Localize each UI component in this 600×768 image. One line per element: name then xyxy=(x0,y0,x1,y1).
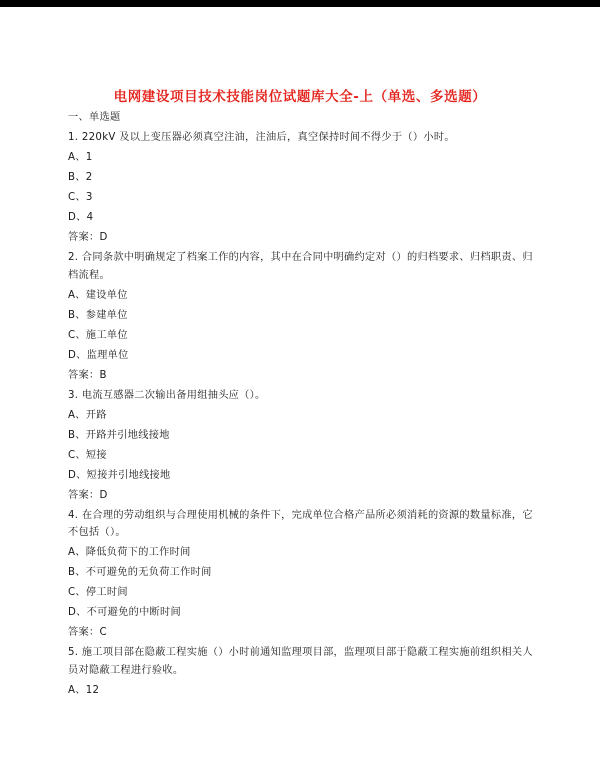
question-stem: 3. 电流互感器二次输出备用组抽头应（）。 xyxy=(68,386,538,406)
option-a: A、开路 xyxy=(68,406,538,426)
question-3: 3. 电流互感器二次输出备用组抽头应（）。 A、开路 B、开路并引地线接地 C、… xyxy=(68,386,538,506)
option-b: B、不可避免的无负荷工作时间 xyxy=(68,563,538,583)
option-c: C、3 xyxy=(68,188,538,208)
option-d: D、4 xyxy=(68,208,538,228)
option-b: B、参建单位 xyxy=(68,306,538,326)
question-stem: 4. 在合理的劳动组织与合理使用机械的条件下，完成单位合格产品所必须消耗的资源的… xyxy=(68,507,538,542)
option-c: C、短接 xyxy=(68,446,538,466)
option-d: D、不可避免的中断时间 xyxy=(68,603,538,623)
option-a: A、建设单位 xyxy=(68,286,538,306)
viewer-top-bar xyxy=(0,0,600,7)
option-b: B、开路并引地线接地 xyxy=(68,426,538,446)
option-c: C、停工时间 xyxy=(68,583,538,603)
question-2: 2. 合同条款中明确规定了档案工作的内容，其中在合同中明确约定对（）的归档要求、… xyxy=(68,249,538,386)
question-4: 4. 在合理的劳动组织与合理使用机械的条件下，完成单位合格产品所必须消耗的资源的… xyxy=(68,507,538,644)
option-d: D、短接并引地线接地 xyxy=(68,466,538,486)
option-a: A、12 xyxy=(68,681,538,701)
option-b: B、2 xyxy=(68,168,538,188)
option-c: C、施工单位 xyxy=(68,326,538,346)
option-a: A、1 xyxy=(68,148,538,168)
section-heading: 一、单选题 xyxy=(68,108,538,128)
answer: 答案：C xyxy=(68,623,538,643)
answer: 答案：D xyxy=(68,486,538,506)
answer: 答案：B xyxy=(68,366,538,386)
document-title: 电网建设项目技术技能岗位试题库大全-上（单选、多选题） xyxy=(0,85,600,105)
option-d: D、监理单位 xyxy=(68,346,538,366)
question-1: 1. 220kV 及以上变压器必须真空注油，注油后，真空保持时间不得少于（）小时… xyxy=(68,128,538,248)
option-a: A、降低负荷下的工作时间 xyxy=(68,543,538,563)
answer: 答案：D xyxy=(68,228,538,248)
document-body: 一、单选题 1. 220kV 及以上变压器必须真空注油，注油后，真空保持时间不得… xyxy=(68,108,538,701)
question-5: 5. 施工项目部在隐蔽工程实施（）小时前通知监理项目部，监理项目部于隐蔽工程实施… xyxy=(68,644,538,701)
question-stem: 2. 合同条款中明确规定了档案工作的内容，其中在合同中明确约定对（）的归档要求、… xyxy=(68,249,538,284)
question-stem: 1. 220kV 及以上变压器必须真空注油，注油后，真空保持时间不得少于（）小时… xyxy=(68,128,538,148)
question-stem: 5. 施工项目部在隐蔽工程实施（）小时前通知监理项目部，监理项目部于隐蔽工程实施… xyxy=(68,644,538,679)
